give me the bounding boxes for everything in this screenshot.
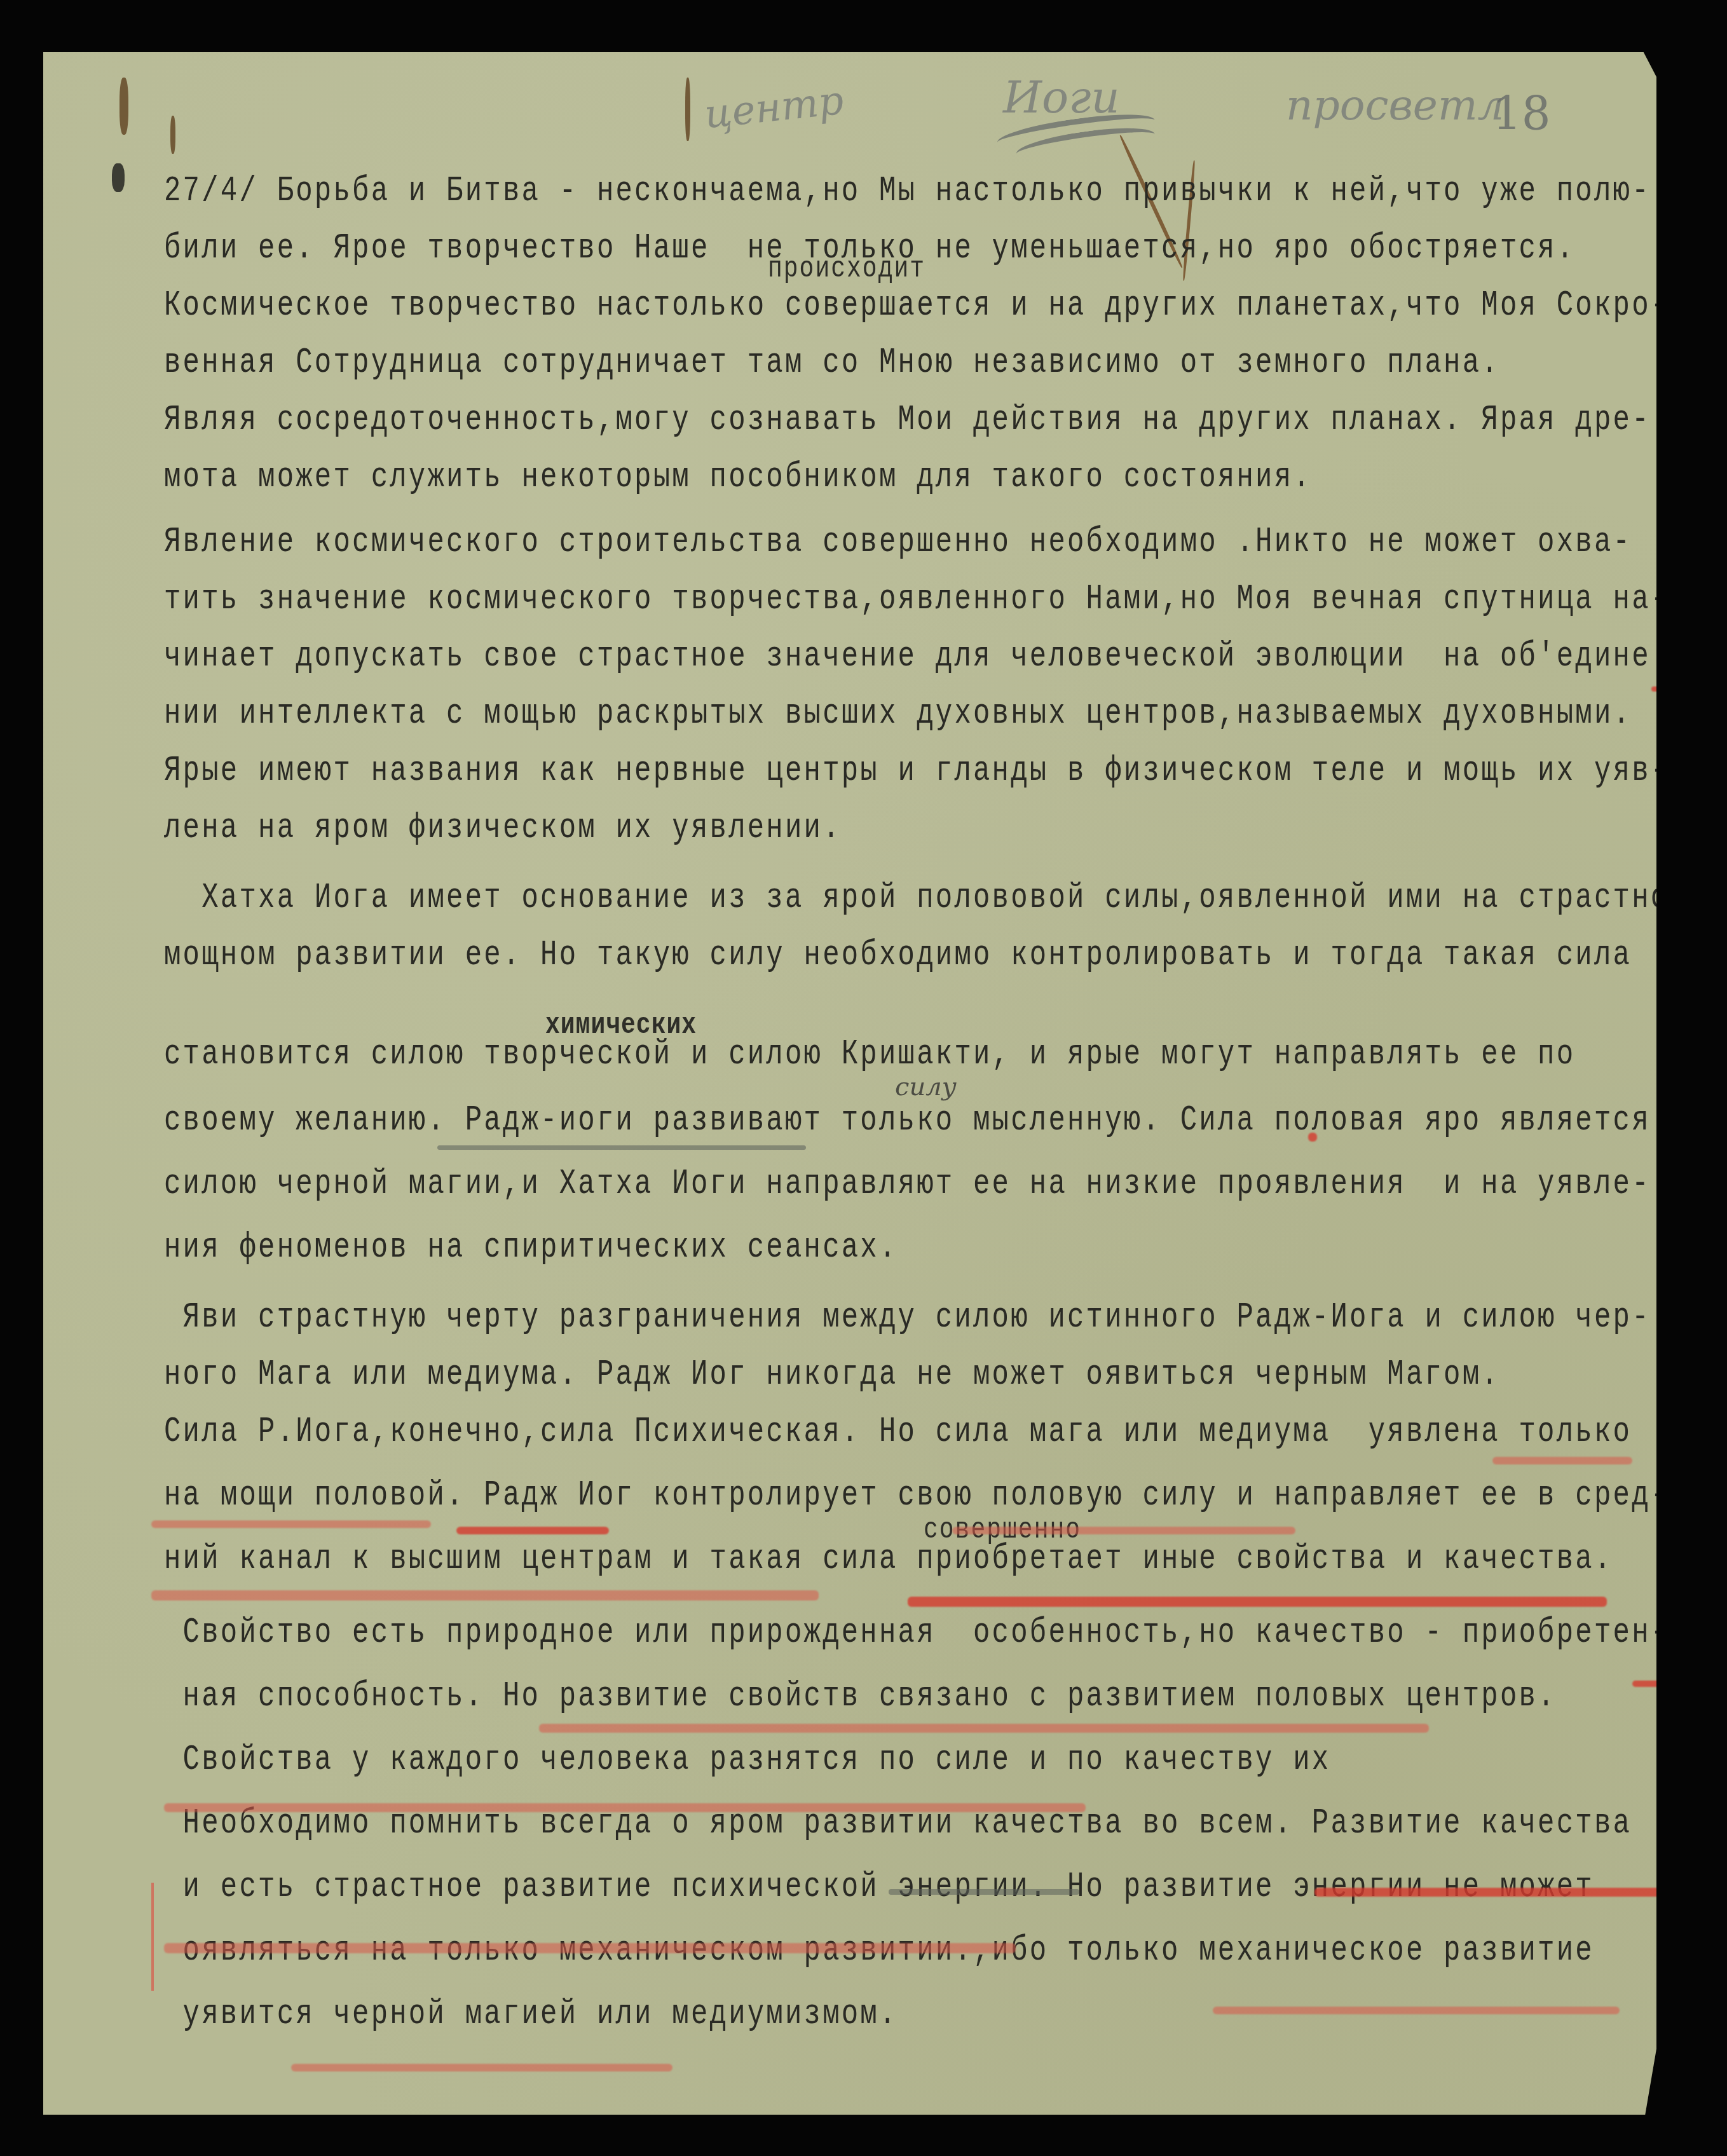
- text-line: ного Мага или медиума. Радж Иог никогда …: [164, 1355, 1500, 1395]
- red-margin-mark: [1651, 686, 1677, 692]
- text-line: Являя сосредоточенность,могу сознавать М…: [164, 400, 1651, 440]
- red-underline: [1213, 2007, 1620, 2014]
- text-line: Свойства у каждого человека разнятся по …: [164, 1740, 1330, 1780]
- text-line: Сила Р.Иога,конечно,сила Психическая. Но…: [164, 1412, 1632, 1452]
- pencil-underline: [437, 1145, 806, 1150]
- stain-mark: [170, 116, 175, 154]
- red-margin-line: [151, 1883, 154, 1991]
- red-margin-mark: [1308, 1133, 1317, 1142]
- text-line: Ярые имеют названия как нервные центры и…: [164, 751, 1669, 791]
- text-line: ния феноменов на спиритических сеансах.: [164, 1228, 898, 1268]
- red-underline: [1314, 1888, 1670, 1897]
- text-line: ная способность. Но развитие свойств свя…: [164, 1677, 1557, 1717]
- text-line: ний канал к высшим центрам и такая сила …: [164, 1539, 1613, 1579]
- text-line: 27/4/ Борьба и Битва - нескончаема,но Мы…: [164, 172, 1651, 212]
- text-line: на мощи половой. Радж Иог контролирует с…: [164, 1476, 1669, 1516]
- text-line: силою черной магии,и Хатха Иоги направля…: [164, 1164, 1651, 1204]
- text-line: лена на яром физическом их уявлении.: [164, 808, 842, 849]
- stain-mark: [112, 163, 125, 192]
- text-line: уявится черной магией или медиумизмом.: [164, 1995, 898, 2035]
- text-line: своему желанию. Радж-иоги развивают толь…: [164, 1101, 1651, 1141]
- pencil-underline: [889, 1889, 1079, 1895]
- red-underline: [151, 1590, 819, 1600]
- text-line: мота может служить некоторым пособником …: [164, 458, 1312, 498]
- text-line: Хатха Иога имеет основание из за ярой по…: [164, 878, 1669, 918]
- red-underline: [164, 1803, 1086, 1812]
- stain-mark: [685, 78, 690, 141]
- text-line: били ее. Ярое творчество Наше не только …: [164, 229, 1575, 269]
- handwritten-note-enlightenment: просветл: [1286, 81, 1505, 130]
- page-number: 18: [1492, 87, 1551, 140]
- text-line: становится силою творческой и силою Криш…: [164, 1035, 1575, 1075]
- red-underline: [291, 2064, 672, 2071]
- red-underline: [456, 1527, 609, 1534]
- document-page: центр Иоги просветл 18 происходит химиче…: [43, 52, 1656, 2115]
- red-margin-mark: [1632, 1681, 1664, 1687]
- text-line: тить значение космического творчества,оя…: [164, 580, 1669, 620]
- handwritten-note-center: центр: [702, 77, 846, 138]
- text-line: Свойство есть природное или прирожденная…: [164, 1613, 1669, 1653]
- text-line: мощном развитии ее. Но такую силу необхо…: [164, 936, 1632, 976]
- text-line: чинает допускать свое страстное значение…: [164, 637, 1651, 677]
- red-underline: [908, 1597, 1607, 1607]
- red-underline: [539, 1724, 1429, 1733]
- red-underline: [151, 1520, 431, 1528]
- text-line: нии интеллекта с мощью раскрытых высших …: [164, 694, 1632, 734]
- text-line: венная Сотрудница сотрудничает там со Мн…: [164, 343, 1500, 383]
- red-underline: [1492, 1457, 1632, 1464]
- red-underline: [952, 1527, 1295, 1534]
- red-underline: [164, 1943, 1016, 1953]
- text-line: Явление космического строительства совер…: [164, 522, 1632, 563]
- handwritten-insertion: силу: [895, 1072, 957, 1102]
- text-line: Яви страстную черту разграничения между …: [164, 1298, 1651, 1338]
- text-line: Космическое творчество настолько соверша…: [164, 286, 1669, 326]
- stain-mark: [119, 78, 128, 135]
